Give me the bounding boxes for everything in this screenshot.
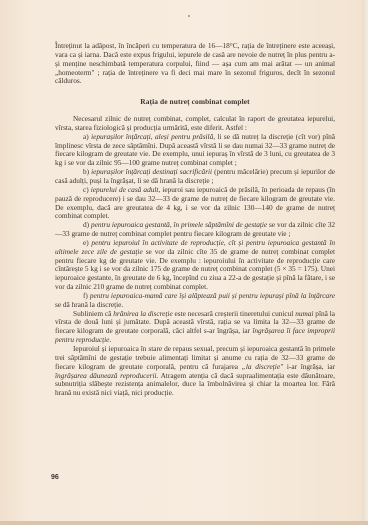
- page-edge-right: [362, 0, 368, 525]
- paragraph-intro-needs: Necesarul zilnic de nutreț combinat, com…: [55, 115, 335, 133]
- page-number: 96: [51, 474, 59, 481]
- list-item-c: c) iepurelui de casă adult, iepuroi sau …: [55, 186, 335, 221]
- section-heading: Rația de nutreț combinat complet: [55, 98, 335, 107]
- page-edge-bottom: [0, 521, 368, 525]
- list-item-b: b) iepurașilor înțărcați destinați sacri…: [55, 168, 335, 186]
- list-item-a: a) iepurașilor înțărcați, aleși pentru p…: [55, 133, 335, 168]
- paragraph-feeding-note: Subliniem că hrănirea la discreție este …: [55, 310, 335, 345]
- page-body: Întreținut la adăpost, în încăperi cu te…: [55, 42, 335, 398]
- list-item-e: e) pentru iepuroiul în activitate de rep…: [55, 239, 335, 292]
- book-page: Întreținut la adăpost, în încăperi cu te…: [0, 0, 362, 521]
- list-item-f: f) pentru iepuroaica-mamă care își alăpt…: [55, 292, 335, 310]
- paragraph-limited-feeding: Iepuroiul și iepuroaica în stare de repa…: [55, 345, 335, 398]
- intro-paragraph: Întreținut la adăpost, în încăperi cu te…: [55, 42, 335, 86]
- speck-mark: [188, 15, 190, 17]
- list-item-d: d) pentru iepuroaica gestantă, în primel…: [55, 221, 335, 239]
